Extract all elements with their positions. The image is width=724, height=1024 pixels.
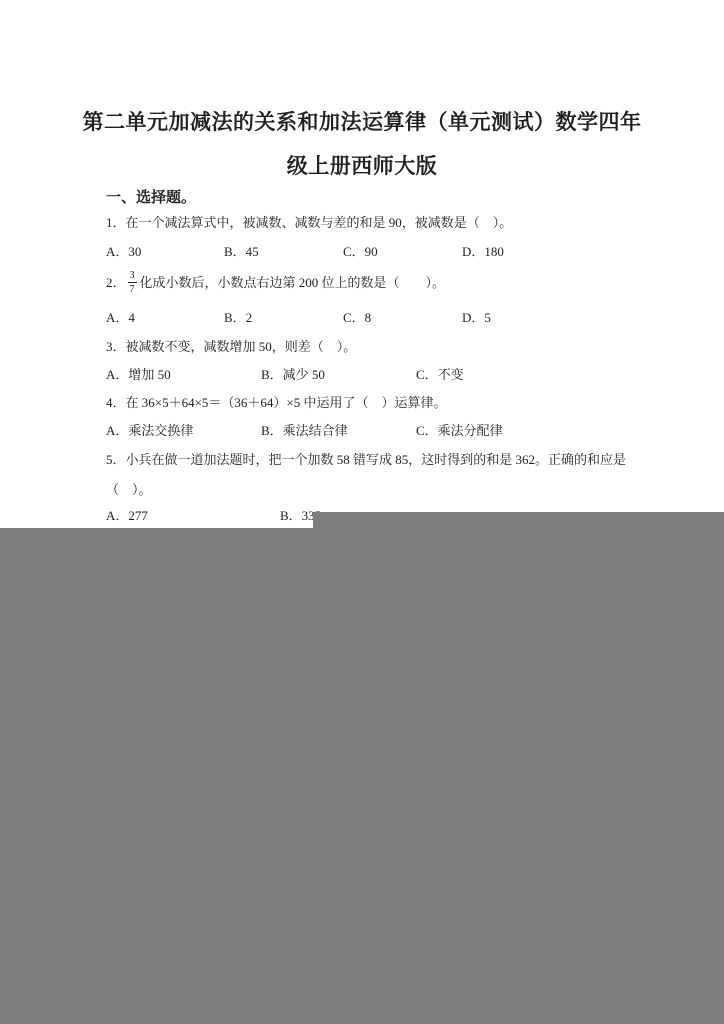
option-1-a: A．30 xyxy=(106,243,141,260)
question-2-text: 2． 3 7 化成小数后，小数点右边第 200 位上的数是（ ）。 xyxy=(106,264,445,300)
option-3-a: A．增加 50 xyxy=(106,366,171,383)
question-4-options: A．乘法交换律 B．乘法结合律 C．乘法分配律 xyxy=(106,422,676,439)
option-2-a: A．4 xyxy=(106,309,135,326)
question-1-text: 1．在一个减法算式中，被减数、减数与差的和是 90，被减数是（ ）。 xyxy=(106,214,512,231)
fraction-three-sevenths: 3 7 xyxy=(128,270,137,295)
question-3-text: 3．被减数不变，减数增加 50，则差（ ）。 xyxy=(106,338,356,355)
document-page: 第二单元加减法的关系和加法运算律（单元测试）数学四年 级上册西师大版 一、选择题… xyxy=(0,0,724,1024)
gray-overlay-step xyxy=(313,512,724,528)
option-1-b: B．45 xyxy=(224,243,259,260)
question-1-options: A．30 B．45 C．90 D．180 xyxy=(106,243,676,260)
option-4-c: C．乘法分配律 xyxy=(416,422,503,439)
question-3-options: A．增加 50 B．减少 50 C．不变 xyxy=(106,366,676,383)
option-5-a: A．277 xyxy=(106,507,148,524)
question-2-options: A．4 B．2 C．8 D．5 xyxy=(106,309,676,326)
option-1-c: C．90 xyxy=(343,243,378,260)
question-2-body: 化成小数后，小数点右边第 200 位上的数是（ ）。 xyxy=(140,274,446,291)
question-5-text-line2: （ ）。 xyxy=(106,481,152,498)
option-2-d: D．5 xyxy=(462,309,491,326)
question-5-text-line1: 5．小兵在做一道加法题时，把一个加数 58 错写成 85，这时得到的和是 362… xyxy=(106,451,626,468)
fraction-denominator: 7 xyxy=(130,283,135,295)
doc-title-line1: 第二单元加减法的关系和加法运算律（单元测试）数学四年 xyxy=(0,106,724,136)
gray-overlay-bottom xyxy=(0,528,724,1024)
option-4-b: B．乘法结合律 xyxy=(261,422,348,439)
section-heading: 一、选择题。 xyxy=(106,186,196,207)
option-4-a: A．乘法交换律 xyxy=(106,422,193,439)
question-4-text: 4．在 36×5＋64×5＝（36＋64）×5 中运用了（ ）运算律。 xyxy=(106,394,447,411)
option-3-c: C．不变 xyxy=(416,366,464,383)
fraction-numerator: 3 xyxy=(128,270,137,283)
option-2-c: C．8 xyxy=(343,309,371,326)
question-2-number: 2． xyxy=(106,274,126,291)
option-3-b: B．减少 50 xyxy=(261,366,325,383)
option-2-b: B．2 xyxy=(224,309,252,326)
doc-title-line2: 级上册西师大版 xyxy=(0,150,724,180)
option-1-d: D．180 xyxy=(462,243,504,260)
